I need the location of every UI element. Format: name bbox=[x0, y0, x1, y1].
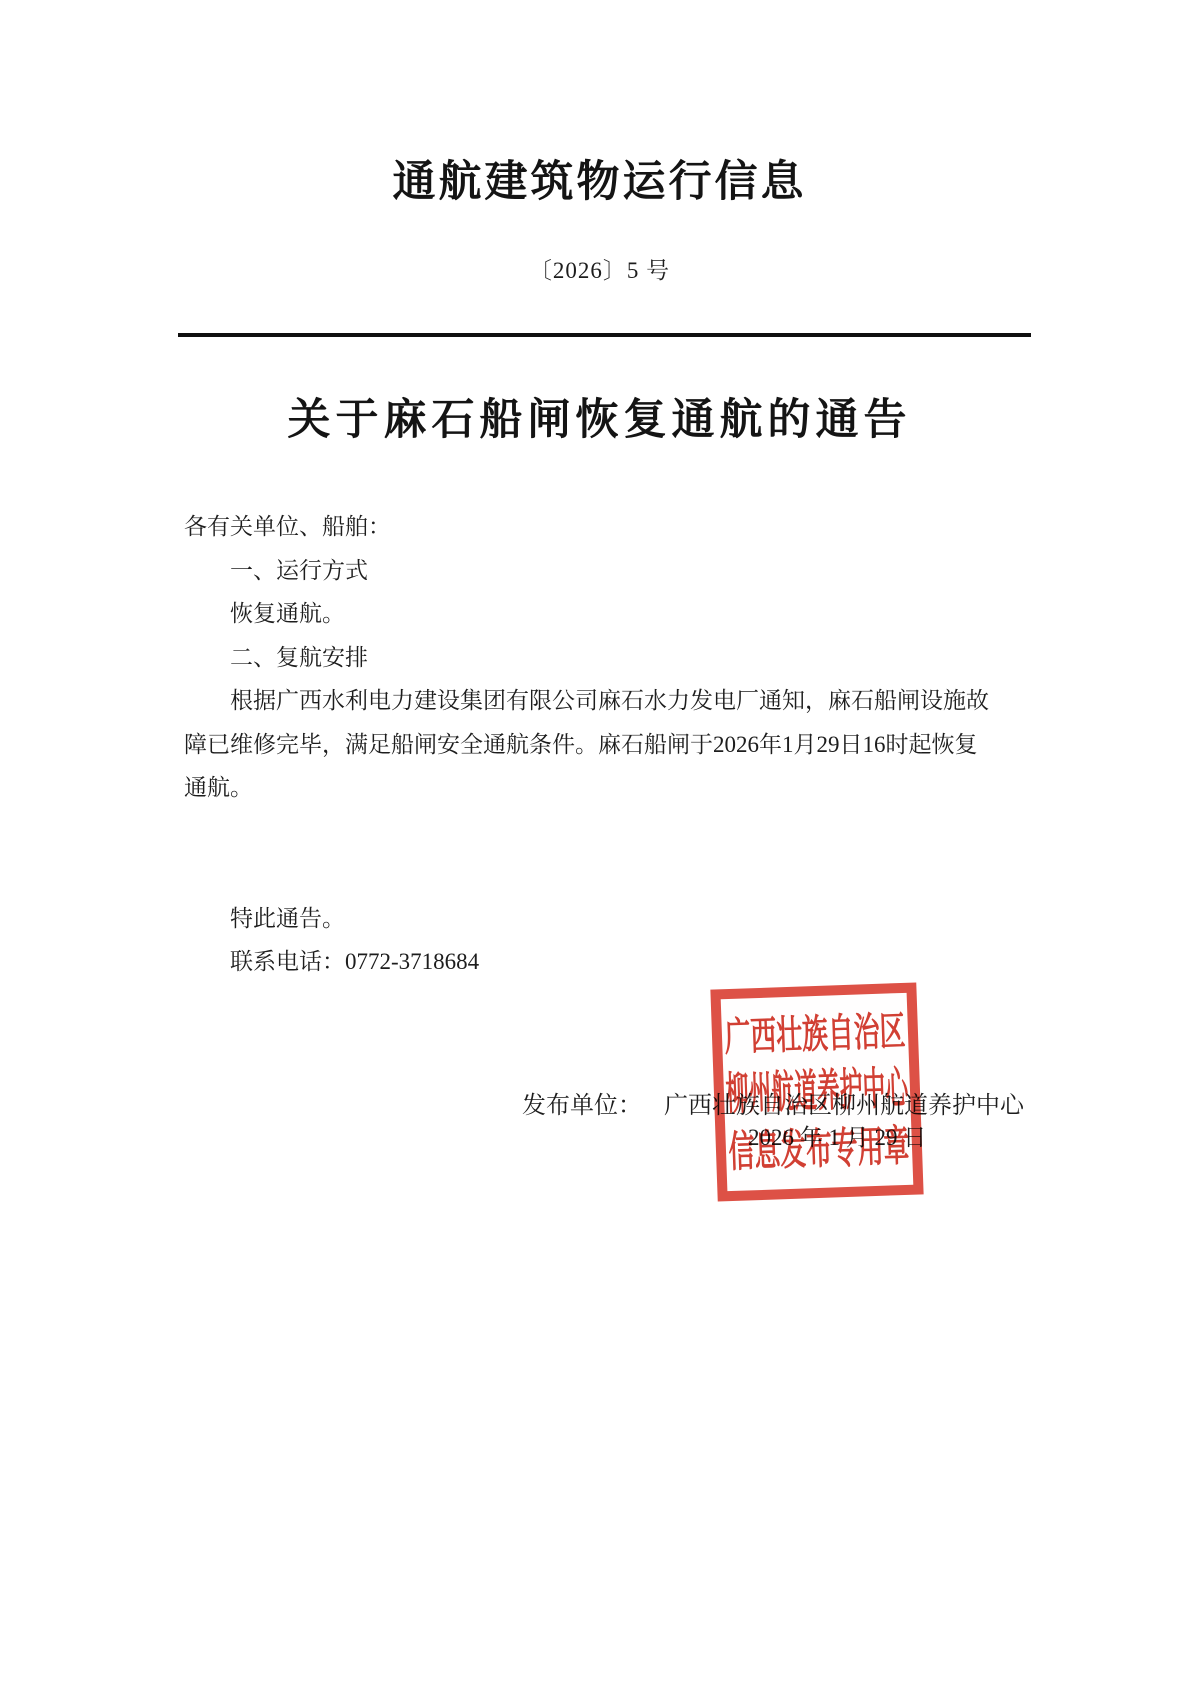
section1-heading: 一、运行方式 bbox=[184, 549, 1034, 593]
seal-purpose-line: 信息发布专用章 bbox=[728, 1125, 910, 1174]
section2-paragraph-line1: 根据广西水利电力建设集团有限公司麻石水力发电厂通知，麻石船闸设施故 bbox=[184, 679, 1034, 723]
notice-title: 关于麻石船闸恢复通航的通告 bbox=[0, 386, 1199, 447]
official-seal-stamp: 广西壮族自治区 柳州航道养护中心 信息发布专用章 bbox=[710, 982, 923, 1201]
publisher-label: 发布单位： bbox=[522, 1093, 642, 1119]
document-page: 通航建筑物运行信息 〔2026〕5 号 关于麻石船闸恢复通航的通告 各有关单位、… bbox=[0, 0, 1199, 1696]
header-divider bbox=[178, 333, 1031, 337]
seal-organization-line: 柳州航道养护中心 bbox=[725, 1066, 909, 1117]
section2-paragraph-line2: 障已维修完毕，满足船闸安全通航条件。麻石船闸于2026年1月29日16时起恢复 bbox=[184, 723, 1034, 767]
section2-paragraph-line3: 通航。 bbox=[184, 766, 1034, 810]
document-number: 〔2026〕5 号 bbox=[0, 252, 1199, 285]
seal-region-line: 广西壮族自治区 bbox=[724, 1011, 906, 1057]
closing-statement: 特此通告。 bbox=[184, 897, 1034, 941]
contact-phone: 联系电话：0772-3718684 bbox=[184, 940, 1034, 984]
salutation: 各有关单位、船舶： bbox=[184, 505, 1034, 549]
document-title: 通航建筑物运行信息 bbox=[0, 148, 1199, 209]
section2-heading: 二、复航安排 bbox=[184, 636, 1034, 680]
notice-body: 各有关单位、船舶： 一、运行方式 恢复通航。 二、复航安排 根据广西水利电力建设… bbox=[184, 505, 1034, 984]
section1-content: 恢复通航。 bbox=[184, 592, 1034, 636]
